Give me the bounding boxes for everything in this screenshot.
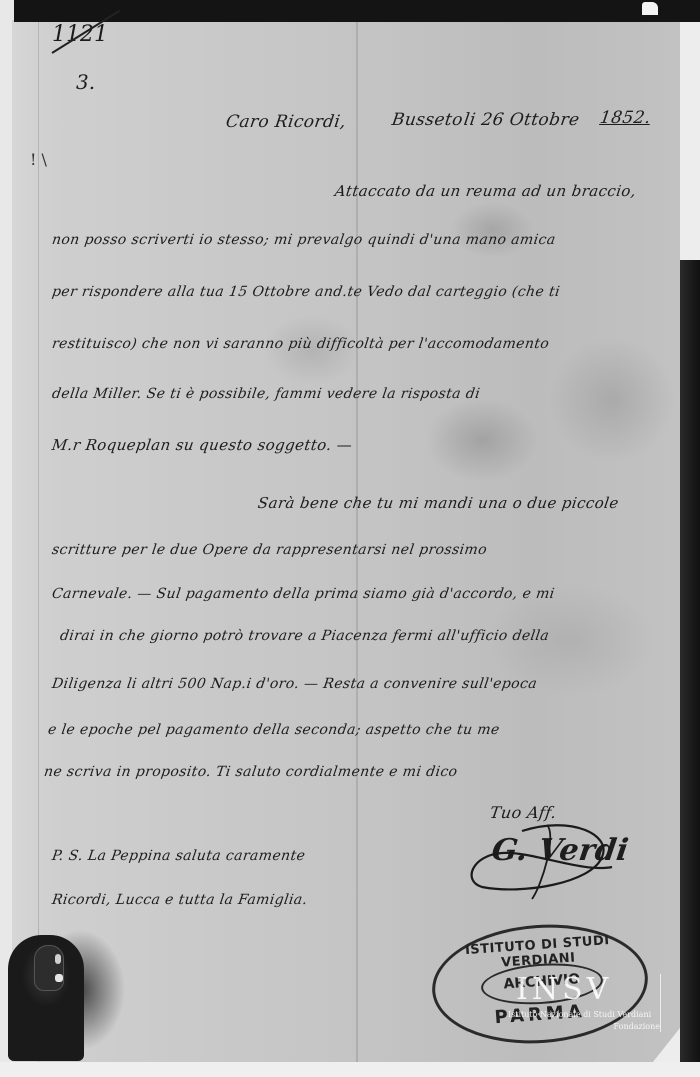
body-line: e le epoche pel pagamento della seconda;… [47,722,501,738]
postscript-line: P. S. La Peppina saluta caramente [51,848,306,864]
right-dark-border [680,260,700,1077]
archive-ref-denominator: 3. [76,70,95,94]
paper-margin-crease [38,22,39,1062]
watermark-foundation: Fondazione [614,1022,660,1031]
insv-logo: INSV [516,972,612,1007]
thumbnail-nail [34,945,64,991]
body-line: Diligenza li altri 500 Nap.i d'oro. — Re… [51,676,538,692]
bottom-scan-margin [0,1062,700,1077]
nail-glint [55,974,63,982]
body-line: non posso scriverti io stesso; mi preval… [51,232,557,248]
salutation: Caro Ricordi, [225,112,348,132]
date: li 26 Ottobre [463,110,581,130]
body-line: Carnevale. — Sul pagamento della prima s… [51,586,556,602]
body-line: restituisco) che non vi saranno più diff… [51,336,550,352]
insv-watermark: INSV Istituto Nazionale di Studi Verdian… [508,972,664,1032]
left-scan-margin [0,0,14,1077]
postscript-line: Ricordi, Lucca e tutta la Famiglia. [51,892,309,908]
body-line: M.r Roqueplan su questo soggetto. — [51,436,354,454]
scan-frame: 1121 3. ! \ Caro Ricordi, Busseto li 26 … [0,0,700,1077]
watermark-institution: Istituto Nazionale di Studi Verdiani [508,1010,651,1019]
body-line: per rispondere alla tua 15 Ottobre and.t… [51,284,561,300]
thumb-holding-page [8,935,84,1061]
body-line: Sarà bene che tu mi mandi una o due picc… [257,494,620,512]
body-line: scritture per le due Opere da rappresent… [51,542,488,558]
signature-block: Tuo Aff. G. Verdi [462,795,632,905]
body-line: della Miller. Se ti è possibile, fammi v… [51,386,481,402]
year: 1852. [599,108,652,128]
margin-mark: ! \ [30,150,47,169]
watermark-rule [660,974,661,1032]
top-light-reflection [642,2,658,15]
signature-flourish-icon [462,795,632,905]
place: Busseto [391,110,465,130]
body-line: dirai in che giorno potrò trovare a Piac… [59,628,550,644]
body-line: ne scriva in proposito. Ti saluto cordia… [43,764,459,780]
body-line: Attaccato da un reuma ad un braccio, [334,182,638,200]
nail-glint [55,954,61,964]
